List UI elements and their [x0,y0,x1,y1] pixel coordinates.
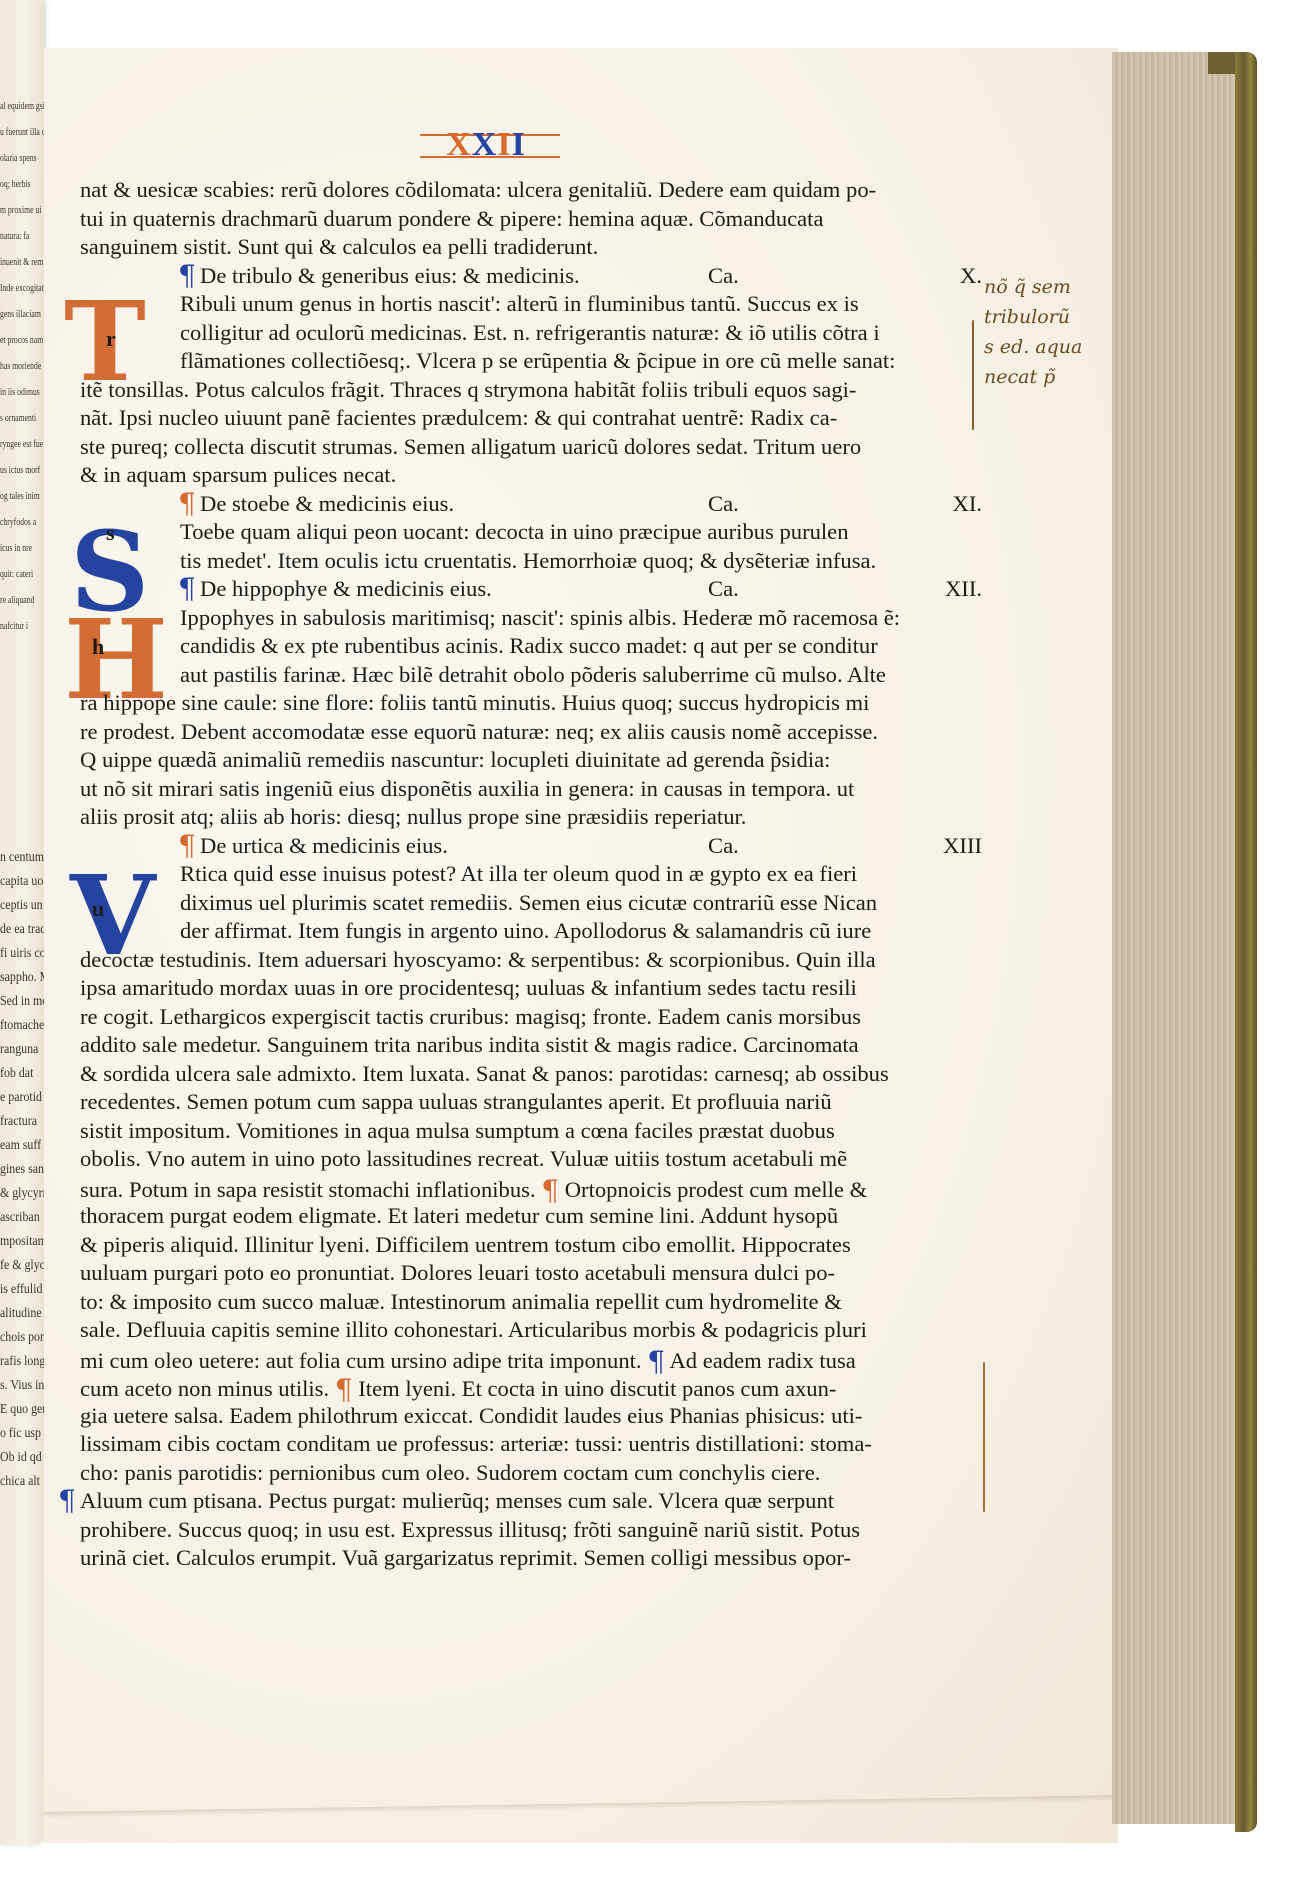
marginalia-line: tribulorũ [984,302,1124,332]
facing-page-line: fob dat [0,1066,33,1082]
text-line: sale. Defluuia capitis semine illito coh… [80,1316,980,1345]
facing-page-line: al equidem gsi [0,100,44,112]
facing-page-line: ranguna [0,1042,38,1058]
facing-page-line: Ob id qd [0,1450,42,1466]
text-line: tis medet'. Item oculis ictu cruentatis.… [80,547,980,576]
text-line: ¶ Aluum cum ptisana. Pectus purgat: muli… [80,1487,980,1516]
facing-page-line: mpositam [0,1234,44,1250]
text-line: der affirmat. Item fungis in argento uin… [80,917,980,946]
facing-page-line: de ea trad [0,922,44,938]
text-line: itẽ tonsillas. Potus calculos frãgit. Th… [80,376,980,405]
pilcrow-icon: ¶ [178,262,196,290]
facing-page-line: E quo gen [0,1402,44,1418]
folio-part: X [472,126,498,163]
chapter-heading: ¶ De hippophye & medicinis eius. Ca. XII… [80,575,980,604]
text-line: ut nõ sit mirari satis ingeniũ eius disp… [80,775,980,804]
binding-cover-edge [1235,52,1257,1832]
facing-page-line: rafis longa [0,1354,44,1370]
marginalia-line: s ed. aqua [984,332,1124,362]
marginalia-line: necat p̃ [984,362,1124,392]
text-line: sistit impositum. Vomitiones in aqua mul… [80,1117,980,1146]
text-line: nãt. Ipsi nucleo uiuunt panẽ facientes p… [80,404,980,433]
facing-page-line: alitudine [0,1306,42,1322]
facing-page-line: ascriban [0,1210,40,1226]
folio-part: X [446,126,472,163]
text-line: Ribuli unum genus in hortis nascit': alt… [80,290,980,319]
facing-page-line: et procos nam [0,334,43,346]
facing-page-line: olaria spens [0,152,37,164]
text-line: addito sale medetur. Sanguinem trita nar… [80,1031,980,1060]
facing-page-line: fractura [0,1114,37,1130]
facing-page-line: icus in nre [0,542,32,554]
facing-page-line: s ornamenti [0,412,36,424]
facing-page-line: s. Vius in [0,1378,44,1394]
folio-part: I [497,126,511,163]
text-line: flãmationes collectiõesq;. Vlcera p se e… [80,347,980,376]
pilcrow-icon: ¶ [178,490,196,518]
facing-page-line: og tales inim [0,490,40,502]
text-line: recedentes. Semen potum cum sappa uuluas… [80,1088,980,1117]
text-line: prohibere. Succus quoq; in usu est. Expr… [80,1516,980,1545]
text-line: nat & uesicæ scabies: rerũ dolores cõdil… [80,176,980,205]
text-line: cho: panis parotidis: pernionibus cum ol… [80,1459,980,1488]
text-line: lissimam cibis coctam conditam ue profes… [80,1430,980,1459]
chapter-heading: ¶ De urtica & medicinis eius. Ca. XIII [80,832,980,861]
chapter-heading: ¶ De stoebe & medicinis eius. Ca. XI. [80,490,980,519]
text-line: tui in quaternis drachmarũ duarum ponder… [80,205,980,234]
text-line: candidis & ex pte rubentibus acinis. Rad… [80,632,980,661]
facing-page-line: us ictus morf [0,464,40,476]
pilcrow-icon: ¶ [58,1487,76,1515]
facing-page-line: capita uo [0,874,43,890]
text-line: & sordida ulcera sale admixto. Item luxa… [80,1060,980,1089]
chapter-heading: ¶ De tribulo & generibus eius: & medicin… [80,262,980,291]
facing-page-line: Inde excogitat [0,282,44,294]
text-line: to: & imposito cum succo maluæ. Intestin… [80,1288,980,1317]
text-line: sura. Potum in sapa resistit stomachi in… [80,1174,980,1203]
text-line: Q uippe quædã animaliũ remediis nascuntu… [80,746,980,775]
text-line: re prodest. Debent accomodatæ esse equor… [80,718,980,747]
text-line: diximus uel plurimis scatet remediis. Se… [80,889,980,918]
folio-numeral: XXII [426,128,546,162]
text-line: gia uetere salsa. Eadem philothrum exicc… [80,1402,980,1431]
facing-page-line: chois pon [0,1330,44,1346]
folio-part: I [512,126,526,163]
facing-page-line: chryfodos a [0,516,36,528]
facing-page-line: chica alt [0,1474,40,1490]
facing-page-line: gines sanar [0,1162,44,1178]
text-line: ste pureq; collecta discutit strumas. Se… [80,433,980,462]
text-line: & in aquam sparsum pulices necat. [80,461,980,490]
facing-page-line: m proxime ui [0,204,41,216]
text-line: thoracem purgat eodem eligmate. Et later… [80,1202,980,1231]
facing-page-line: fe & glycy [0,1258,44,1274]
facing-page-left: al equidem gsiu fuerunt illa cirolaria s… [0,0,44,1845]
facing-page-line: Sed in me [0,994,44,1010]
facing-page-line: in iis odimus [0,386,40,398]
facing-page-line: fi uiris co [0,946,44,962]
text-line: colligitur ad oculorũ medicinas. Est. n.… [80,319,980,348]
facing-page-line: re aliquand [0,594,34,606]
facing-page-line: n centum [0,850,44,866]
text-line: aliis prosit atq; aliis ab horis: diesq;… [80,803,980,832]
facing-page-line: has moriende [0,360,41,372]
text-line: cum aceto non minus utilis. ¶ Item lyeni… [80,1373,980,1402]
marginalia-line: nõ q̃ sem [984,272,1124,302]
facing-page-line: & glycyrrh [0,1186,44,1202]
facing-page-line: inuenit & rem [0,256,43,268]
text-line: ipsa amaritudo mordax uuas in ore procid… [80,974,980,1003]
margin-bracket [972,320,974,430]
facing-page-line: eam suff [0,1138,41,1154]
printed-text-block: nat & uesicæ scabies: rerũ dolores cõdil… [80,176,980,1573]
text-line: ra hippope sine caule: sine flore: folii… [80,689,980,718]
facing-page-line: quit: cateri [0,568,33,580]
facing-page-line: e parotid [0,1090,42,1106]
text-line: mi cum oleo uetere: aut folia cum ursino… [80,1345,980,1374]
text-line: Rtica quid esse inuisus potest? At illa … [80,860,980,889]
text-line: sanguinem sistit. Sunt qui & calculos ea… [80,233,980,262]
text-line: Toebe quam aliqui peon uocant: decocta i… [80,518,980,547]
facing-page-line: nafcitur i [0,620,28,632]
facing-page-line: sappho. M [0,970,44,986]
text-line: urinã ciet. Calculos erumpit. Vuã gargar… [80,1544,980,1573]
text-line: decoctæ testudinis. Item aduersari hyosc… [80,946,980,975]
text-line: obolis. Vno autem in uino poto lassitudi… [80,1145,980,1174]
facing-page-line: u fuerunt illa cir [0,126,44,138]
facing-page-line: is effulid [0,1282,42,1298]
pilcrow-icon: ¶ [178,832,196,860]
facing-page-line: ftomache [0,1018,44,1034]
facing-page-line: ryngee est fue [0,438,43,450]
facing-page-line: ceptis un [0,898,43,914]
text-line: Ippophyes in sabulosis maritimisq; nasci… [80,604,980,633]
pilcrow-icon: ¶ [178,575,196,603]
facing-page-line: gens illaciam [0,308,41,320]
facing-page-line: natura: fa [0,230,29,242]
text-line: aut pastilis farinæ. Hæc bilẽ detrahit o… [80,661,980,690]
facing-page-line: o fic usp [0,1426,41,1442]
fore-edge-page-stack [1112,52,1249,1824]
text-line: uuluam purgari poto eo pronuntiat. Dolor… [80,1259,980,1288]
text-line: re cogit. Lethargicos expergiscit tactis… [80,1003,980,1032]
text-line: & piperis aliquid. Illinitur lyeni. Diff… [80,1231,980,1260]
facing-page-line: oq; herbis [0,178,31,190]
handwritten-marginalia: nõ q̃ sem tribulorũ s ed. aqua necat p̃ [984,272,1124,392]
margin-bracket [983,1362,985,1512]
